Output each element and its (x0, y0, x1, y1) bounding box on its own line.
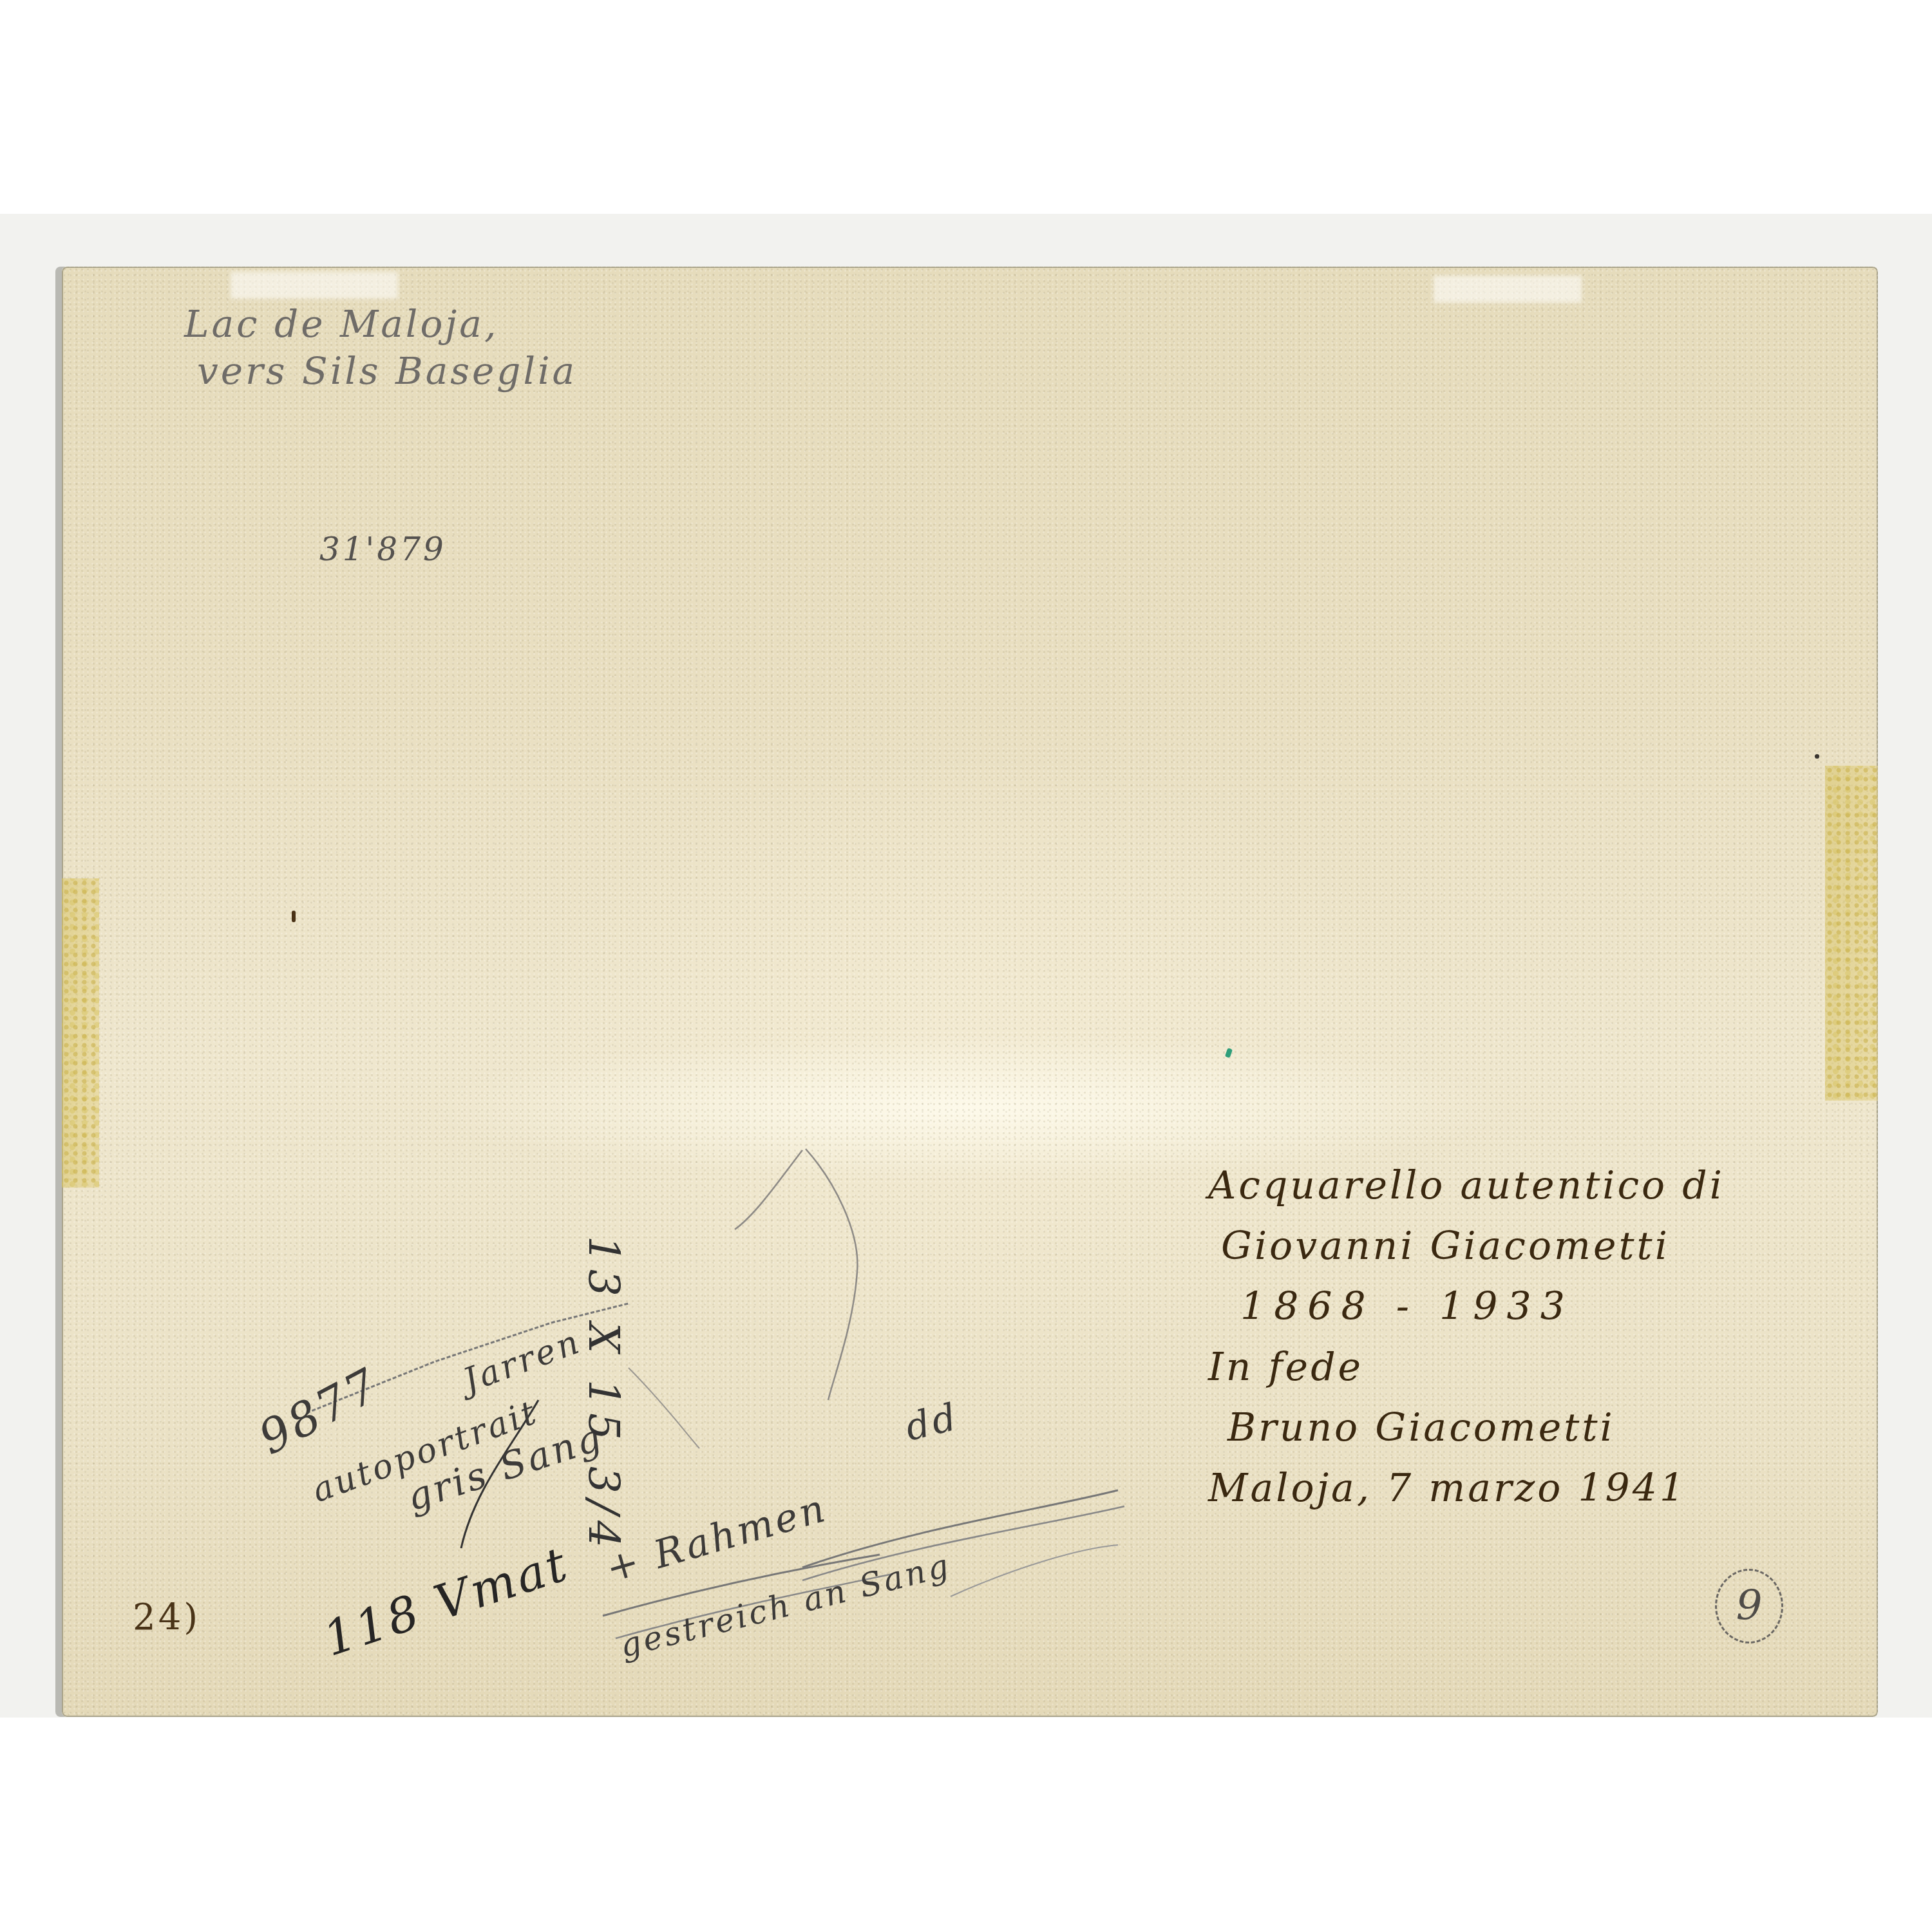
lot-number: 24) (133, 1596, 200, 1638)
artwork-verso-sheet: Lac de Maloja, vers Sils Baseglia 31'879… (62, 267, 1878, 1717)
pencil-notes-group: 9877 autoportrait Jarren gris Sang 13 X … (62, 267, 1878, 1717)
circled-number: 9 (1715, 1569, 1783, 1643)
circled-number-value: 9 (1736, 1582, 1763, 1630)
pencil-dimensions: 13 X 15 3/4 (579, 1236, 629, 1554)
